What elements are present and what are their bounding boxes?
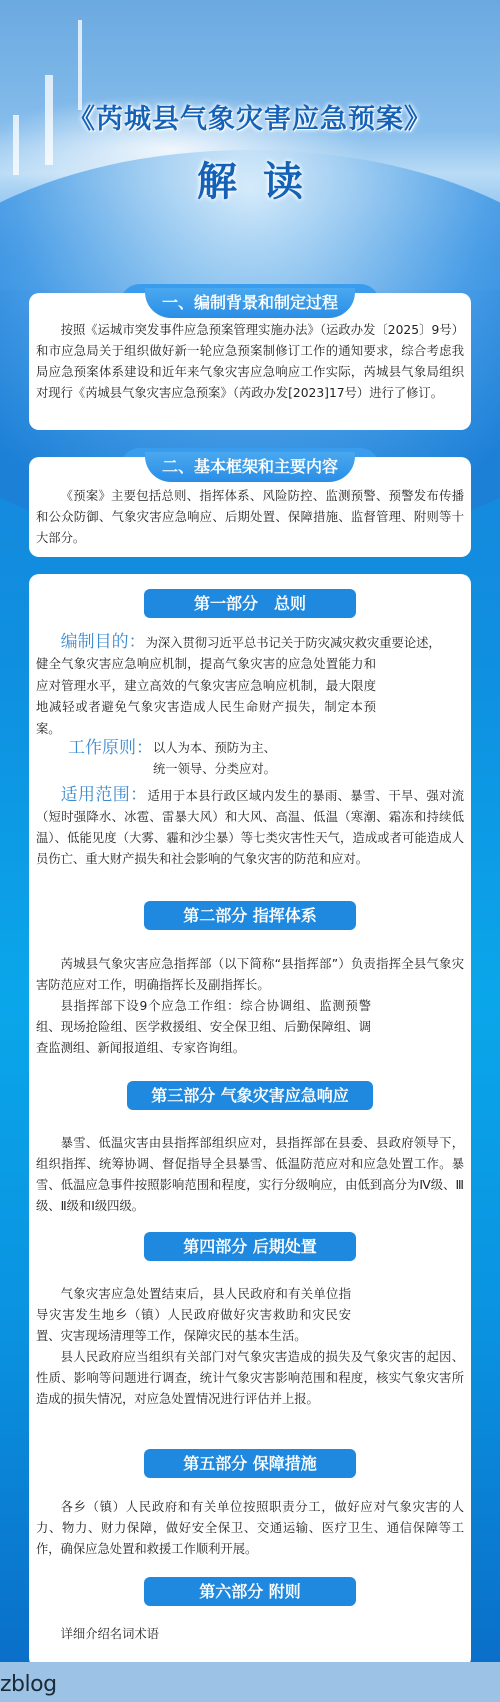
part4-body: 气象灾害应急处置结束后，县人民政府和有关单位指导灾害发生地乡（镇）人民政府做好灾… [36, 1284, 464, 1410]
part6-body: 详细介绍名词术语 [36, 1624, 464, 1645]
watermark: zblog [0, 1672, 57, 1697]
part-heading: 第四部分 后期处置 [144, 1232, 356, 1261]
section-heading: 二、基本框架和主要内容 [145, 452, 355, 482]
part1-scope: 适用范围：适用于本县行政区域内发生的暴雨、暴雪、干旱、强对流（短时强降水、冰雹、… [36, 785, 464, 870]
part-heading: 第五部分 保障措施 [144, 1449, 356, 1478]
hero-banner: 《芮城县气象灾害应急预案》 解读 [0, 0, 500, 290]
purpose-label: 编制目的： [61, 632, 146, 652]
poster: 《芮城县气象灾害应急预案》 解读 一、编制背景和制定过程 按照《运城市突发事件应… [0, 0, 500, 1662]
part-heading: 第六部分 附则 [144, 1577, 356, 1606]
part-heading: 第一部分 总则 [144, 589, 356, 618]
hero-subtitle: 解读 [0, 150, 500, 207]
hero-title: 《芮城县气象灾害应急预案》 [0, 97, 500, 136]
part1-purpose: 编制目的：为深入贯彻习近平总书记关于防灾减灾救灾重要论述， 健全气象灾害应急响应… [36, 632, 464, 740]
part3-body: 暴雪、低温灾害由县指挥部组织应对，县指挥部在县委、县政府领导下，组织指挥、统筹协… [36, 1133, 464, 1217]
part-heading: 第三部分 气象灾害应急响应 [127, 1081, 373, 1110]
part1-principle: 工作原则： 以人为本、预防为主、 统一领导、分类应对。 [36, 737, 464, 779]
part5-body: 各乡（镇）人民政府和有关单位按照职责分工，做好应对气象灾害的人力、物力、财力保障… [36, 1497, 464, 1560]
part-heading: 第二部分 指挥体系 [144, 901, 356, 930]
section-body: 按照《运城市突发事件应急预案管理实施办法》（运政办发〔2025〕9号）和市应急局… [36, 320, 464, 404]
principle-label: 工作原则： [68, 737, 153, 779]
section-heading: 一、编制背景和制定过程 [145, 288, 355, 318]
scope-label: 适用范围： [61, 785, 148, 805]
section-body: 《预案》主要包括总则、指挥体系、风险防控、监测预警、预警发布传播和公众防御、气象… [36, 486, 464, 549]
part2-body: 芮城县气象灾害应急指挥部（以下简称“县指挥部”）负责指挥全县气象灾害防范应对工作… [36, 954, 464, 1059]
